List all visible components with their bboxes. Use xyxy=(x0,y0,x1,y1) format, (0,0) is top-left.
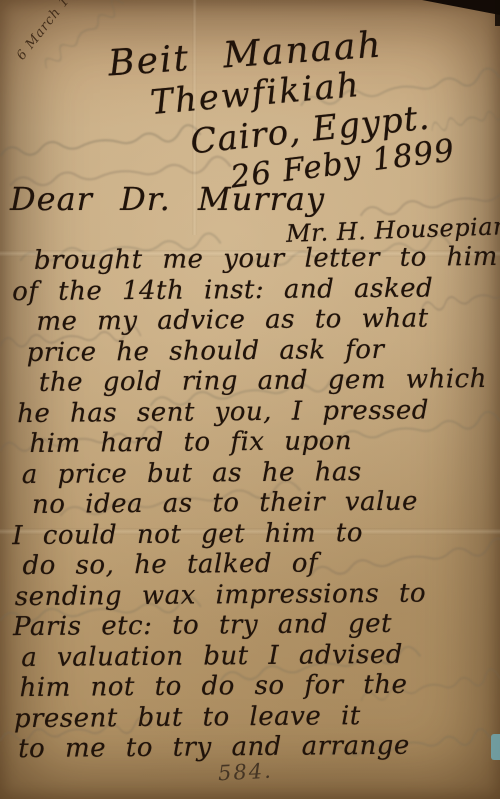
letter-line: he has sent you, I pressed xyxy=(17,394,499,429)
letter-line: sending wax impressions to xyxy=(15,577,500,612)
letter-line: do so, he talked of xyxy=(22,547,500,582)
edge-tab xyxy=(491,734,500,760)
letter-line: no idea as to their value xyxy=(32,486,500,521)
letter-line: present but to leave it xyxy=(14,699,500,734)
letter-line: a valuation but I advised xyxy=(21,638,500,673)
letter-line: I could not get him to xyxy=(12,516,500,551)
letter-line: brought me your letter to him xyxy=(34,242,498,277)
page-number: 584. xyxy=(217,759,273,786)
letter-photo: 6 March 1899 Beit Manaah Thewfikiah Cair… xyxy=(0,0,500,799)
letter-line: him hard to fix upon xyxy=(29,425,499,460)
letter-line: me my advice as to what xyxy=(36,303,498,338)
letter-body: brought me your letter to him of the 14t… xyxy=(10,242,500,765)
letter-line: Paris etc: to try and get xyxy=(13,608,500,643)
letter-line: price he should ask for xyxy=(27,333,499,368)
photo-background-edge xyxy=(495,0,500,26)
letter-line: of the 14th inst: and asked xyxy=(12,272,498,307)
letter-line: the gold ring and gem which xyxy=(39,364,499,399)
salutation: Dear Dr. Murray xyxy=(10,180,325,218)
letter-line: a price but as he has xyxy=(22,455,500,490)
letter-line: him not to do so for the xyxy=(19,669,500,704)
